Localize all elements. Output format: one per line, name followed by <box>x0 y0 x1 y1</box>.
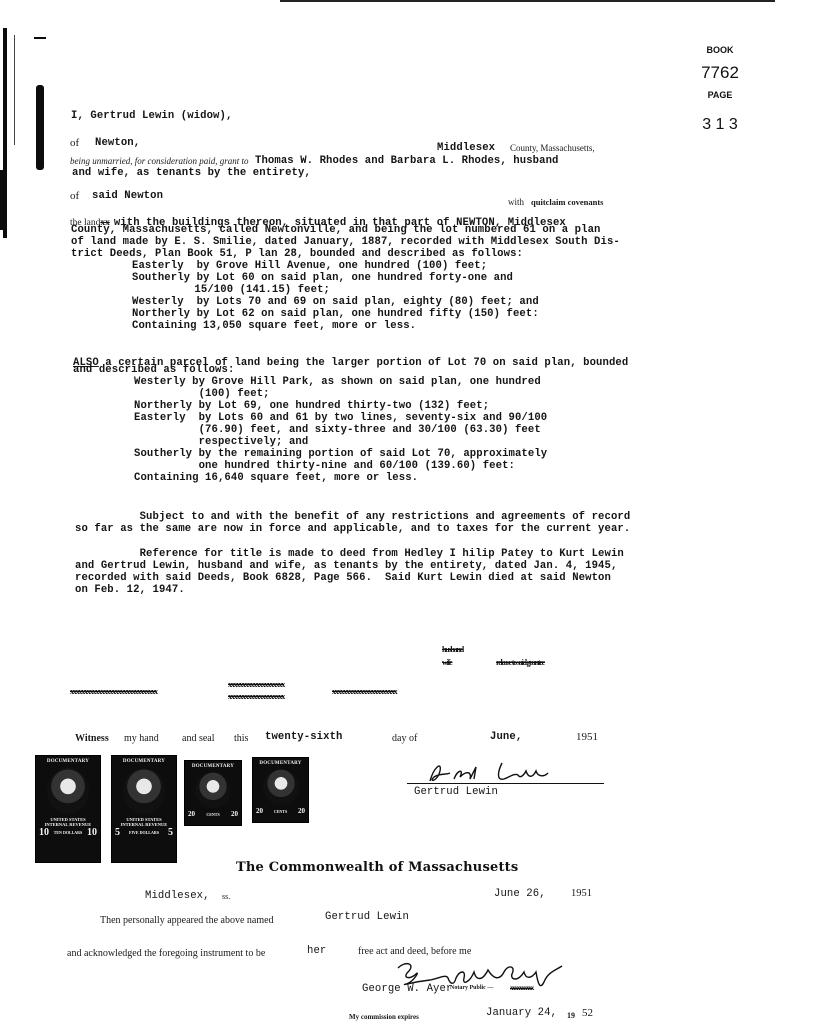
grantor-county: Middlesex <box>437 142 495 154</box>
revenue-stamp-20-cents: DOCUMENTARY 20CENTS20 <box>184 760 242 826</box>
also-bound: (100) feet; <box>134 388 270 400</box>
description-line: trict Deeds, Plan Book 51, P lan 28, bou… <box>71 248 523 260</box>
commission-date: January 24, <box>486 1007 557 1019</box>
subject-to-line: so far as the same are now in force and … <box>75 523 630 535</box>
also-parcel-line2: and described as follows: <box>73 364 234 376</box>
ack-appeared-prefix: Then personally appeared the above named <box>100 915 274 926</box>
ack-county: Middlesex, <box>145 890 210 902</box>
also-bound: one hundred thirty-nine and 60/100 (139.… <box>134 460 515 472</box>
also-bound: respectively; and <box>134 436 308 448</box>
page-number: 3 1 3 <box>690 116 750 134</box>
portrait-icon <box>123 768 165 814</box>
portrait-icon <box>263 769 299 805</box>
also-bound: Westerly by Grove Hill Park, as shown on… <box>134 376 541 388</box>
book-number: 7762 <box>690 63 750 83</box>
also-bound: Northerly by Lot 69, one hundred thirty-… <box>134 400 489 412</box>
subject-to-line: Subject to and with the benefit of any r… <box>75 511 630 523</box>
grantor-status: being unmarried, for consideration paid,… <box>70 156 249 166</box>
revenue-stamp-20-cents: DOCUMENTARY 20CENTS20 <box>252 757 309 823</box>
description-line: County, Massachusetts, called Newtonvill… <box>71 224 601 236</box>
grantor-of-label: of <box>70 137 79 149</box>
struck-form-text: xxxxxxxxxxxxxxxxxxxx <box>228 680 284 689</box>
description-line: of land made by E. S. Smilie, dated Janu… <box>71 236 620 248</box>
also-bound: Easterly by Lots 60 and 61 by two lines,… <box>134 412 547 424</box>
also-bound: (76.90) feet, and sixty-three and 30/100… <box>134 424 541 436</box>
portrait-icon <box>47 768 89 814</box>
page-label: PAGE <box>700 90 740 100</box>
reference-line: on Feb. 12, 1947. <box>75 584 185 596</box>
ack-appeared-name: Gertrud Lewin <box>325 911 409 923</box>
also-area: Containing 16,640 square feet, more or l… <box>134 472 418 484</box>
revenue-stamp-10-dollars: DOCUMENTARY UNITED STATES INTERNAL REVEN… <box>35 755 101 863</box>
bound-northerly: Northerly by Lot 62 on said plan, one hu… <box>132 308 539 320</box>
grantees-line1: Thomas W. Rhodes and Barbara L. Rhodes, … <box>255 155 559 167</box>
scan-top-edge <box>280 0 775 2</box>
struck-form-text: xxxxxxxxxxxxxxxxxxxx <box>228 692 284 701</box>
portrait-icon <box>195 772 231 808</box>
grantee-residence: said Newton <box>92 190 163 202</box>
grantee-of-label: of <box>70 190 79 202</box>
reference-line: recorded with said Deeds, Book 6828, Pag… <box>75 572 611 584</box>
struck-form-text: xxxxxxxxxxxxxxxxxxxxxxxxxxxxxxx <box>70 687 157 696</box>
acknowledgment-title: The Commonwealth of Massachusetts <box>236 860 518 875</box>
struck-form-text: release to said grantee <box>496 658 544 667</box>
struck-form-text: husband <box>442 645 463 654</box>
bound-easterly: Easterly by Grove Hill Avenue, one hundr… <box>132 260 487 272</box>
ack-year: 1951 <box>571 888 592 899</box>
area-containing: Containing 13,050 square feet, more or l… <box>132 320 416 332</box>
witness-text: my hand <box>124 733 159 744</box>
grantor-printed-name: Gertrud Lewin <box>414 786 498 798</box>
notary-title: Notary Public — <box>450 985 493 991</box>
witness-day-of: day of <box>392 733 417 744</box>
commission-label: My commission expires <box>349 1013 419 1021</box>
grantor-residence: Newton, <box>95 137 140 149</box>
bound-westerly: Westerly by Lots 70 and 69 on said plan,… <box>132 296 539 308</box>
grantees-line2: and wife, as tenants by the entirety, <box>72 167 311 179</box>
scan-edge-mark <box>0 170 4 230</box>
witness-text: and seal <box>182 733 215 744</box>
signature-line <box>407 783 604 784</box>
book-label: BOOK <box>700 45 740 55</box>
struck-form-text: xxxxxxxxxxxxxxxxxxxxxxx <box>332 687 396 696</box>
notary-title-struck: xxxxxxxxxx <box>510 984 533 992</box>
witness-month: June, <box>490 731 522 743</box>
ack-date: June 26, <box>494 888 546 900</box>
reference-line: Reference for title is made to deed from… <box>75 548 624 560</box>
bound-southerly-cont: 15/100 (141.15) feet; <box>104 284 330 296</box>
witness-year: 1951 <box>576 731 598 743</box>
bound-southerly: Southerly by Lot 60 on said plan, one hu… <box>132 272 513 284</box>
ack-suffix: free act and deed, before me <box>358 946 471 957</box>
scan-edge-mark <box>36 85 44 170</box>
scan-edge-mark <box>14 35 15 145</box>
reference-line: and Gertrud Lewin, husband and wife, as … <box>75 560 617 572</box>
also-bound: Southerly by the remaining portion of sa… <box>134 448 547 460</box>
grantor-line: I, Gertrud Lewin (widow), <box>71 110 232 122</box>
ack-prefix: and acknowledged the foregoing instrumen… <box>67 948 265 959</box>
witness-text: this <box>234 733 248 744</box>
witness-day: twenty-sixth <box>265 731 343 743</box>
struck-form-text: wife <box>442 658 451 667</box>
scan-edge-mark <box>34 37 46 39</box>
ack-pronoun: her <box>307 945 326 957</box>
grantor-county-suffix: County, Massachusetts, <box>510 143 595 153</box>
commission-century: 19 <box>567 1011 575 1020</box>
covenants-type: quitclaim covenants <box>531 197 604 207</box>
covenants-prefix: with <box>508 197 524 207</box>
revenue-stamp-5-dollars: DOCUMENTARY UNITED STATES INTERNAL REVEN… <box>111 755 177 863</box>
notary-printed-name: George W. Ayer <box>362 983 452 995</box>
commission-year: 52 <box>582 1007 593 1019</box>
ack-ss: ss. <box>222 892 230 901</box>
witness-label: Witness <box>75 733 109 744</box>
